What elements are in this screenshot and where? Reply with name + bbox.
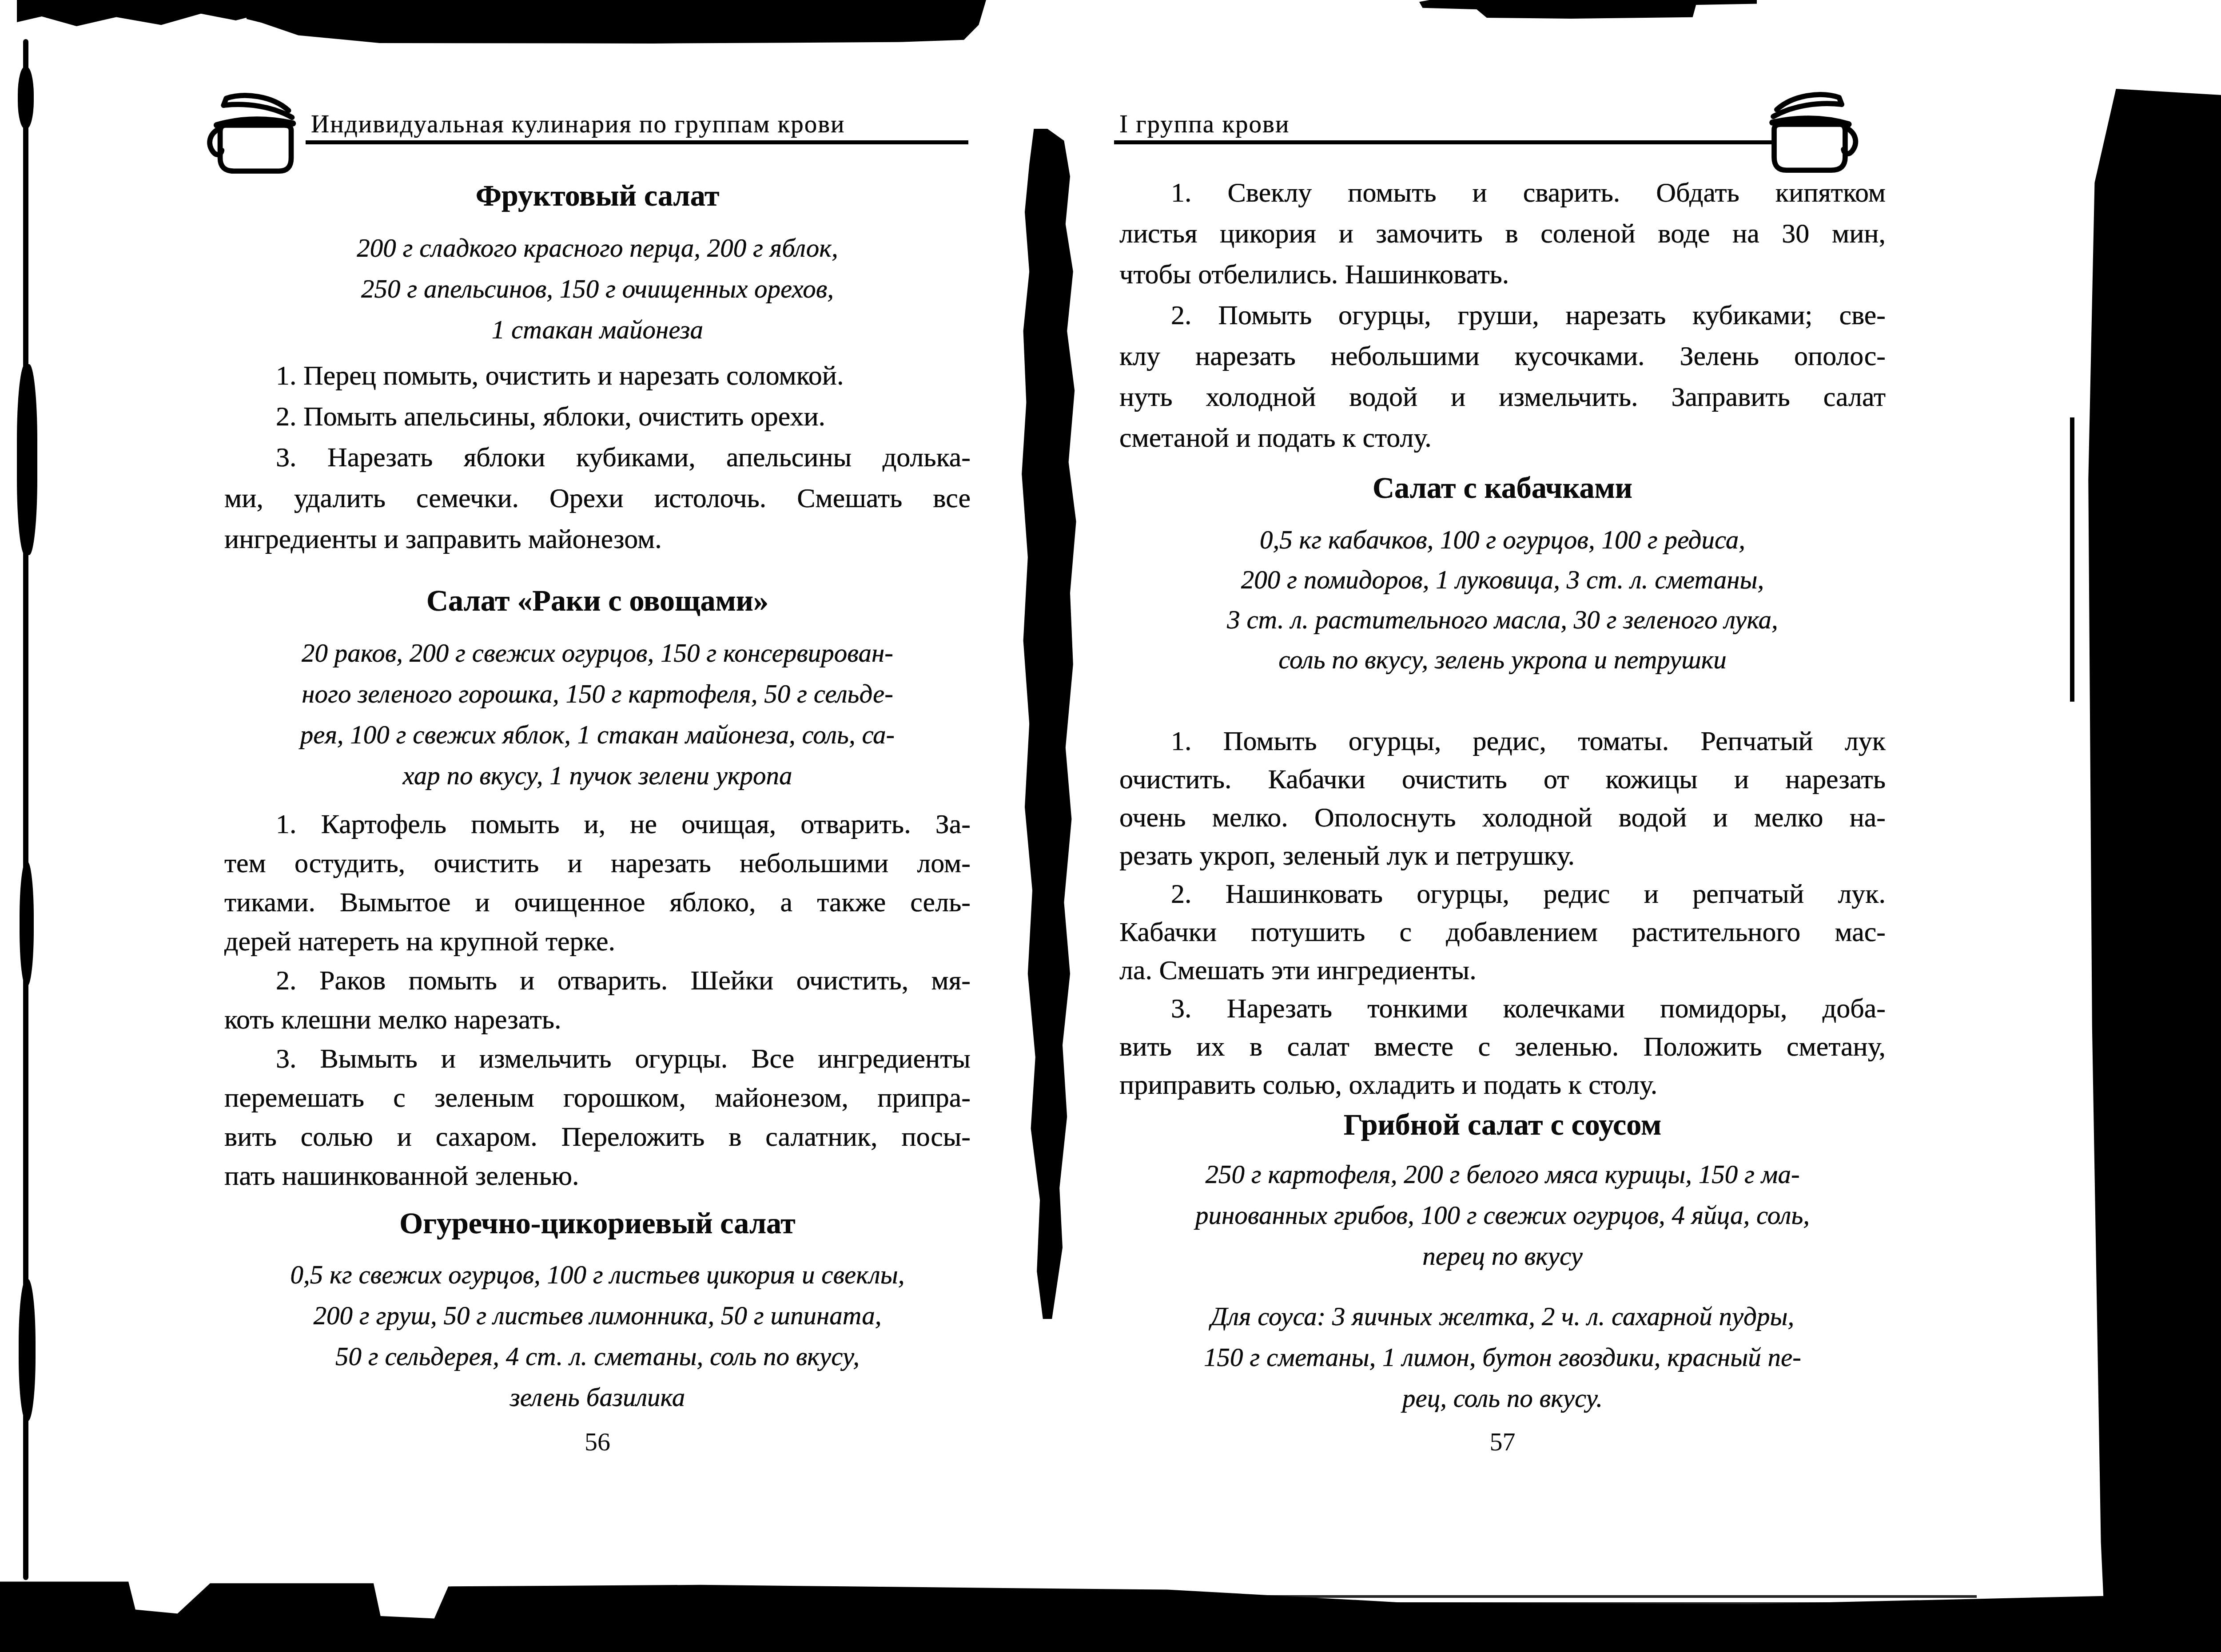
text-line: листья цикория и замочить в соленой воде… [1119,213,1886,254]
text-line: дерей натереть на крупной терке. [224,922,971,961]
text-line: хар по вкусу, 1 пучок зелени укропа [224,755,971,796]
text-line: ми, удалить семечки. Орехи истолочь. Сме… [224,478,971,519]
ingredients-block: 0,5 кг свежих огурцов, 100 г листьев цик… [224,1254,971,1418]
text-line: ла. Смешать эти ингредиенты. [1119,951,1886,989]
steps-block: 1. Перец помыть, очистить и нарезать сол… [224,355,971,560]
scan-artifact-top-left-band [17,0,266,28]
text-line: соль по вкусу, зелень укропа и петрушки [1119,639,1886,679]
page-number-right: 57 [1119,1426,1886,1457]
text-line: 1. Картофель помыть и, не очищая, отвари… [224,805,971,844]
pot-icon [204,89,309,178]
text-line: 2. Нашинковать огурцы, редис и репчатый … [1119,875,1886,913]
text-line: 1. Помыть огурцы, редис, томаты. Репчаты… [1119,722,1886,760]
text-line: Кабачки потушить с добавлением раститель… [1119,913,1886,951]
text-line: ного зеленого горошка, 150 г картофеля, … [224,673,971,714]
running-head-right: I группа крови [1119,107,1741,142]
text-line: 1. Перец помыть, очистить и нарезать сол… [224,355,971,396]
steps-block: 1. Свеклу помыть и сварить. Обдать кипят… [1119,172,1886,458]
scan-artifact-gutter-streak [1017,129,1093,1319]
text-line: 20 раков, 200 г свежих огурцов, 150 г ко… [224,632,971,673]
scan-artifact-left-blob [19,1279,36,1421]
text-line: нуть холодной водой и измельчить. Заправ… [1119,377,1886,417]
text-line: зелень базилика [224,1377,971,1418]
scan-artifact-left-blob [20,862,34,986]
ingredients-block: 20 раков, 200 г свежих огурцов, 150 г ко… [224,632,971,796]
text-line: 2. Помыть огурцы, груши, нарезать кубика… [1119,295,1886,336]
text-line: 50 г сельдерея, 4 ст. л. сметаны, соль п… [224,1336,971,1377]
text-line: вить их в салат вместе с зеленью. Положи… [1119,1028,1886,1066]
steps-block: 1. Помыть огурцы, редис, томаты. Репчаты… [1119,722,1886,1104]
scan-artifact-top-right-band [1419,0,1757,19]
scan-artifact-striations [1155,1595,1977,1608]
text-line: ингредиенты и заправить майонезом. [224,519,971,560]
text-line: тем остудить, очистить и нарезать неболь… [224,844,971,883]
recipe-title: Салат с кабачками [1119,469,1886,506]
text-line: 150 г сметаны, 1 лимон, бутон гвоздики, … [1119,1337,1886,1378]
header-rule-left [306,140,968,144]
text-line: 200 г сладкого красного перца, 200 г ябл… [224,227,971,268]
text-line: коть клешни мелко нарезать. [224,1000,971,1039]
text-line: Для соуса: 3 яичных желтка, 2 ч. л. саха… [1119,1296,1886,1337]
text-line: очень мелко. Ополоснуть холодной водой и… [1119,798,1886,837]
steps-block: 1. Картофель помыть и, не очищая, отвари… [224,805,971,1195]
text-line: чтобы отбелились. Нашинковать. [1119,254,1886,295]
scan-artifact-left-blob [18,67,34,129]
text-line: резать укроп, зеленый лук и петрушку. [1119,837,1886,875]
text-line: рец, соль по вкусу. [1119,1378,1886,1418]
recipe-title: Огуречно-цикориевый салат [224,1204,971,1242]
pot-icon [1755,88,1862,177]
text-line: 2. Раков помыть и отварить. Шейки очисти… [224,961,971,1000]
text-line: приправить солью, охладить и подать к ст… [1119,1066,1886,1104]
header-rule-right [1114,140,1775,144]
scan-artifact-bottom-band [0,1572,2221,1652]
text-line: 3 ст. л. растительного масла, 30 г зелен… [1119,600,1886,639]
text-line: ринованных грибов, 100 г свежих огурцов,… [1119,1195,1886,1235]
text-line: вить солью и сахаром. Переложить в салат… [224,1117,971,1156]
text-line: 3. Вымыть и измельчить огурцы. Все ингре… [224,1039,971,1078]
scan-artifact-right-bar [2083,89,2221,1652]
scan-artifact-left-blob [17,364,37,555]
text-line: тиками. Вымытое и очищенное яблоко, а та… [224,883,971,922]
recipe-title: Грибной салат с соусом [1119,1106,1886,1143]
ingredients-block: 250 г картофеля, 200 г белого мяса куриц… [1119,1154,1886,1276]
text-line: очистить. Кабачки очистить от кожицы и н… [1119,760,1886,798]
text-line: пать нашинкованной зеленью. [224,1156,971,1195]
text-line: 1. Свеклу помыть и сварить. Обдать кипят… [1119,172,1886,213]
recipe-title: Салат «Раки с овощами» [224,582,971,619]
running-head-left: Индивидуальная кулинария по группам кров… [311,107,968,142]
text-line: клу нарезать небольшими кусочками. Зелен… [1119,336,1886,377]
text-line: 0,5 кг кабачков, 100 г огурцов, 100 г ре… [1119,520,1886,560]
text-line: рея, 100 г свежих яблок, 1 стакан майоне… [224,714,971,755]
text-line: перемешать с зеленым горошком, майонезом… [224,1078,971,1117]
text-line: 200 г груш, 50 г листьев лимонника, 50 г… [224,1295,971,1336]
sauce-block: Для соуса: 3 яичных желтка, 2 ч. л. саха… [1119,1296,1886,1418]
text-line: 0,5 кг свежих огурцов, 100 г листьев цик… [224,1254,971,1295]
ingredients-block: 200 г сладкого красного перца, 200 г ябл… [224,227,971,350]
scan-artifact-dashed-line [2070,417,2074,702]
recipe-title: Фруктовый салат [224,177,971,214]
text-line: 3. Нарезать тонкими колечками помидоры, … [1119,989,1886,1028]
page-number-left: 56 [224,1426,971,1457]
text-line: 1 стакан майонеза [224,309,971,350]
text-line: перец по вкусу [1119,1235,1886,1276]
text-line: 200 г помидоров, 1 луковица, 3 ст. л. см… [1119,560,1886,600]
scanned-book-spread: Индивидуальная кулинария по группам кров… [0,0,2221,1652]
text-line: 2. Помыть апельсины, яблоки, очистить ор… [224,396,971,437]
scan-artifact-top-band [247,0,986,45]
text-line: 250 г картофеля, 200 г белого мяса куриц… [1119,1154,1886,1195]
text-line: 250 г апельсинов, 150 г очищенных орехов… [224,268,971,309]
text-line: 3. Нарезать яблоки кубиками, апельсины д… [224,437,971,478]
text-line: сметаной и подать к столу. [1119,417,1886,458]
ingredients-block: 0,5 кг кабачков, 100 г огурцов, 100 г ре… [1119,520,1886,679]
